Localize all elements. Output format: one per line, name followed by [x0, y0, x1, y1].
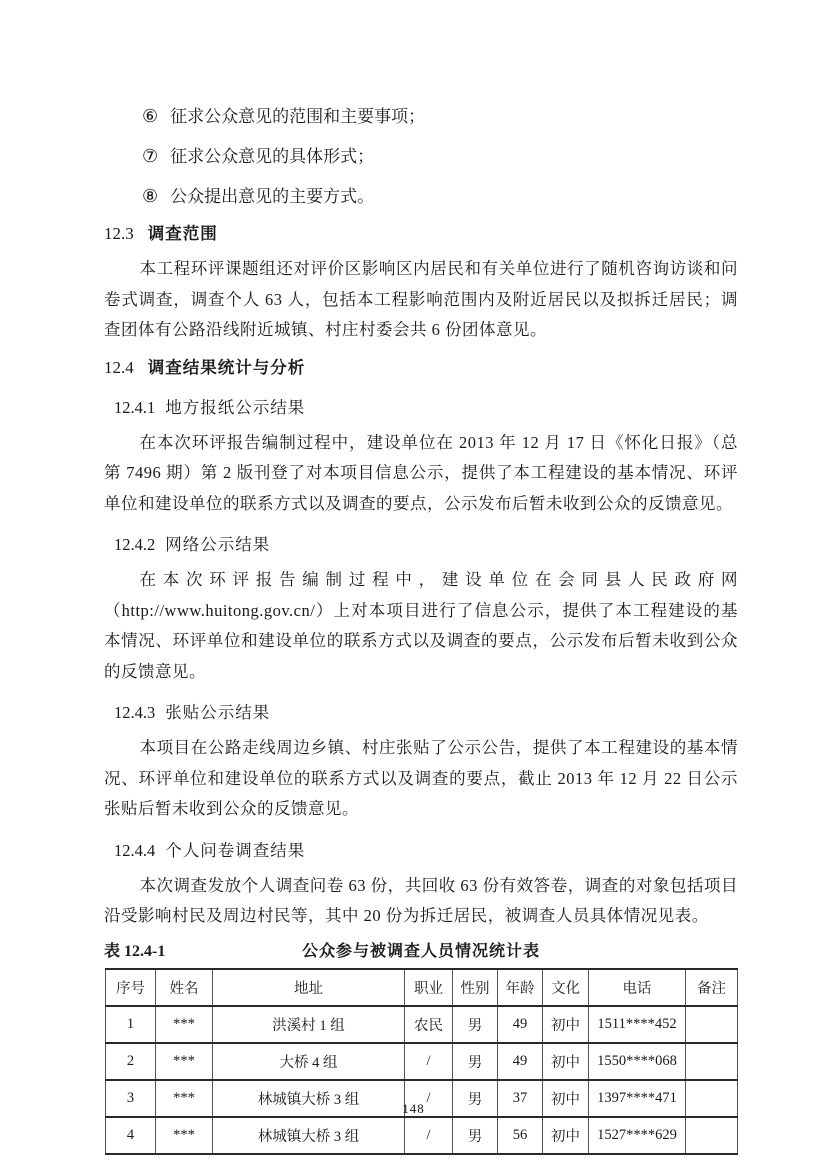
header-seq: 序号 [106, 969, 156, 1006]
subsection-title: 个人问卷调查结果 [165, 837, 305, 865]
header-education: 文化 [543, 969, 589, 1006]
header-phone: 电话 [589, 969, 686, 1006]
paragraph-poster-publicity: 本项目在公路走线周边乡镇、村庄张贴了公示公告，提供了本工程建设的基本情况、环评单… [104, 733, 738, 825]
respondents-table: 序号 姓名 地址 职业 性别 年龄 文化 电话 备注 1 *** 洪溪村 1 组… [105, 968, 738, 1155]
cell-address: 洪溪村 1 组 [213, 1006, 405, 1043]
section-title: 调查范围 [148, 220, 218, 248]
subsection-heading-12-4-1: 12.4.1 地方报纸公示结果 [104, 394, 738, 422]
circled-six-marker: ⑥ [142, 96, 158, 136]
subsection-title: 地方报纸公示结果 [165, 394, 305, 422]
subsection-heading-12-4-4: 12.4.4 个人问卷调查结果 [104, 837, 738, 865]
list-item-text: 公众提出意见的主要方式。 [170, 177, 374, 217]
list-item: ⑧ 公众提出意见的主要方式。 [104, 176, 738, 216]
paragraph-survey-scope: 本工程环评课题组还对评价区影响区内居民和有关单位进行了随机咨询访谈和问卷式调查，… [104, 254, 738, 346]
section-heading-12-4: 12.4 调查结果统计与分析 [104, 354, 738, 382]
cell-education: 初中 [543, 1043, 589, 1080]
header-age: 年龄 [498, 969, 543, 1006]
paragraph-questionnaire-result: 本次调查发放个人调查问卷 63 份，共回收 63 份有效答卷，调查的对象包括项目… [104, 871, 738, 932]
subsection-number: 12.4.1 [114, 394, 155, 422]
subsection-heading-12-4-3: 12.4.3 张贴公示结果 [104, 699, 738, 727]
table-caption: 表 12.4-1 公众参与被调查人员情况统计表 [104, 940, 738, 964]
section-title: 调查结果统计与分析 [148, 354, 306, 382]
list-item-text: 征求公众意见的具体形式； [170, 137, 374, 177]
cell-education: 初中 [543, 1117, 589, 1154]
subsection-title: 网络公示结果 [165, 531, 270, 559]
cell-gender: 男 [453, 1006, 498, 1043]
header-gender: 性别 [453, 969, 498, 1006]
cell-age: 56 [498, 1117, 543, 1154]
header-occupation: 职业 [405, 969, 453, 1006]
cell-address: 大桥 4 组 [213, 1043, 405, 1080]
cell-age: 49 [498, 1006, 543, 1043]
section-number: 12.3 [104, 220, 134, 248]
cell-seq: 2 [106, 1043, 156, 1080]
cell-gender: 男 [453, 1117, 498, 1154]
subsection-number: 12.4.3 [114, 699, 155, 727]
cell-name: *** [156, 1117, 213, 1154]
cell-gender: 男 [453, 1043, 498, 1080]
page-number: 148 [0, 1101, 827, 1117]
circled-eight-marker: ⑧ [142, 176, 158, 216]
subsection-heading-12-4-2: 12.4.2 网络公示结果 [104, 531, 738, 559]
cell-seq: 1 [106, 1006, 156, 1043]
cell-seq: 4 [106, 1117, 156, 1154]
cell-name: *** [156, 1043, 213, 1080]
subsection-title: 张贴公示结果 [165, 699, 270, 727]
cell-occupation: / [405, 1043, 453, 1080]
document-page: ⑥ 征求公众意见的范围和主要事项； ⑦ 征求公众意见的具体形式； ⑧ 公众提出意… [0, 0, 827, 1169]
cell-note [686, 1117, 738, 1154]
table-row: 1 *** 洪溪村 1 组 农民 男 49 初中 1511****452 [106, 1006, 738, 1043]
cell-note [686, 1043, 738, 1080]
cell-phone: 1550****068 [589, 1043, 686, 1080]
cell-note [686, 1006, 738, 1043]
list-item: ⑦ 征求公众意见的具体形式； [104, 136, 738, 176]
section-number: 12.4 [104, 354, 134, 382]
section-heading-12-3: 12.3 调查范围 [104, 220, 738, 248]
table-header-row: 序号 姓名 地址 职业 性别 年龄 文化 电话 备注 [106, 969, 738, 1006]
paragraph-newspaper-publicity: 在本次环评报告编制过程中，建设单位在 2013 年 12 月 17 日《怀化日报… [104, 428, 738, 520]
circled-number-list: ⑥ 征求公众意见的范围和主要事项； ⑦ 征求公众意见的具体形式； ⑧ 公众提出意… [104, 96, 738, 216]
list-item-text: 征求公众意见的范围和主要事项； [170, 97, 425, 137]
table-row: 4 *** 林城镇大桥 3 组 / 男 56 初中 1527****629 [106, 1117, 738, 1154]
list-item: ⑥ 征求公众意见的范围和主要事项； [104, 96, 738, 136]
cell-phone: 1511****452 [589, 1006, 686, 1043]
header-address: 地址 [213, 969, 405, 1006]
header-name: 姓名 [156, 969, 213, 1006]
table-label: 表 12.4-1 [104, 940, 165, 964]
page-content: ⑥ 征求公众意见的范围和主要事项； ⑦ 征求公众意见的具体形式； ⑧ 公众提出意… [104, 0, 738, 1155]
cell-phone: 1527****629 [589, 1117, 686, 1154]
circled-seven-marker: ⑦ [142, 136, 158, 176]
cell-address: 林城镇大桥 3 组 [213, 1117, 405, 1154]
header-note: 备注 [686, 969, 738, 1006]
cell-occupation: / [405, 1117, 453, 1154]
cell-occupation: 农民 [405, 1006, 453, 1043]
table-title: 公众参与被调查人员情况统计表 [104, 940, 738, 964]
paragraph-web-publicity: 在本次环评报告编制过程中，建设单位在会同县人民政府网（http://www.hu… [104, 565, 738, 687]
cell-name: *** [156, 1006, 213, 1043]
subsection-number: 12.4.4 [114, 837, 155, 865]
cell-age: 49 [498, 1043, 543, 1080]
table-row: 2 *** 大桥 4 组 / 男 49 初中 1550****068 [106, 1043, 738, 1080]
subsection-number: 12.4.2 [114, 531, 155, 559]
cell-education: 初中 [543, 1006, 589, 1043]
